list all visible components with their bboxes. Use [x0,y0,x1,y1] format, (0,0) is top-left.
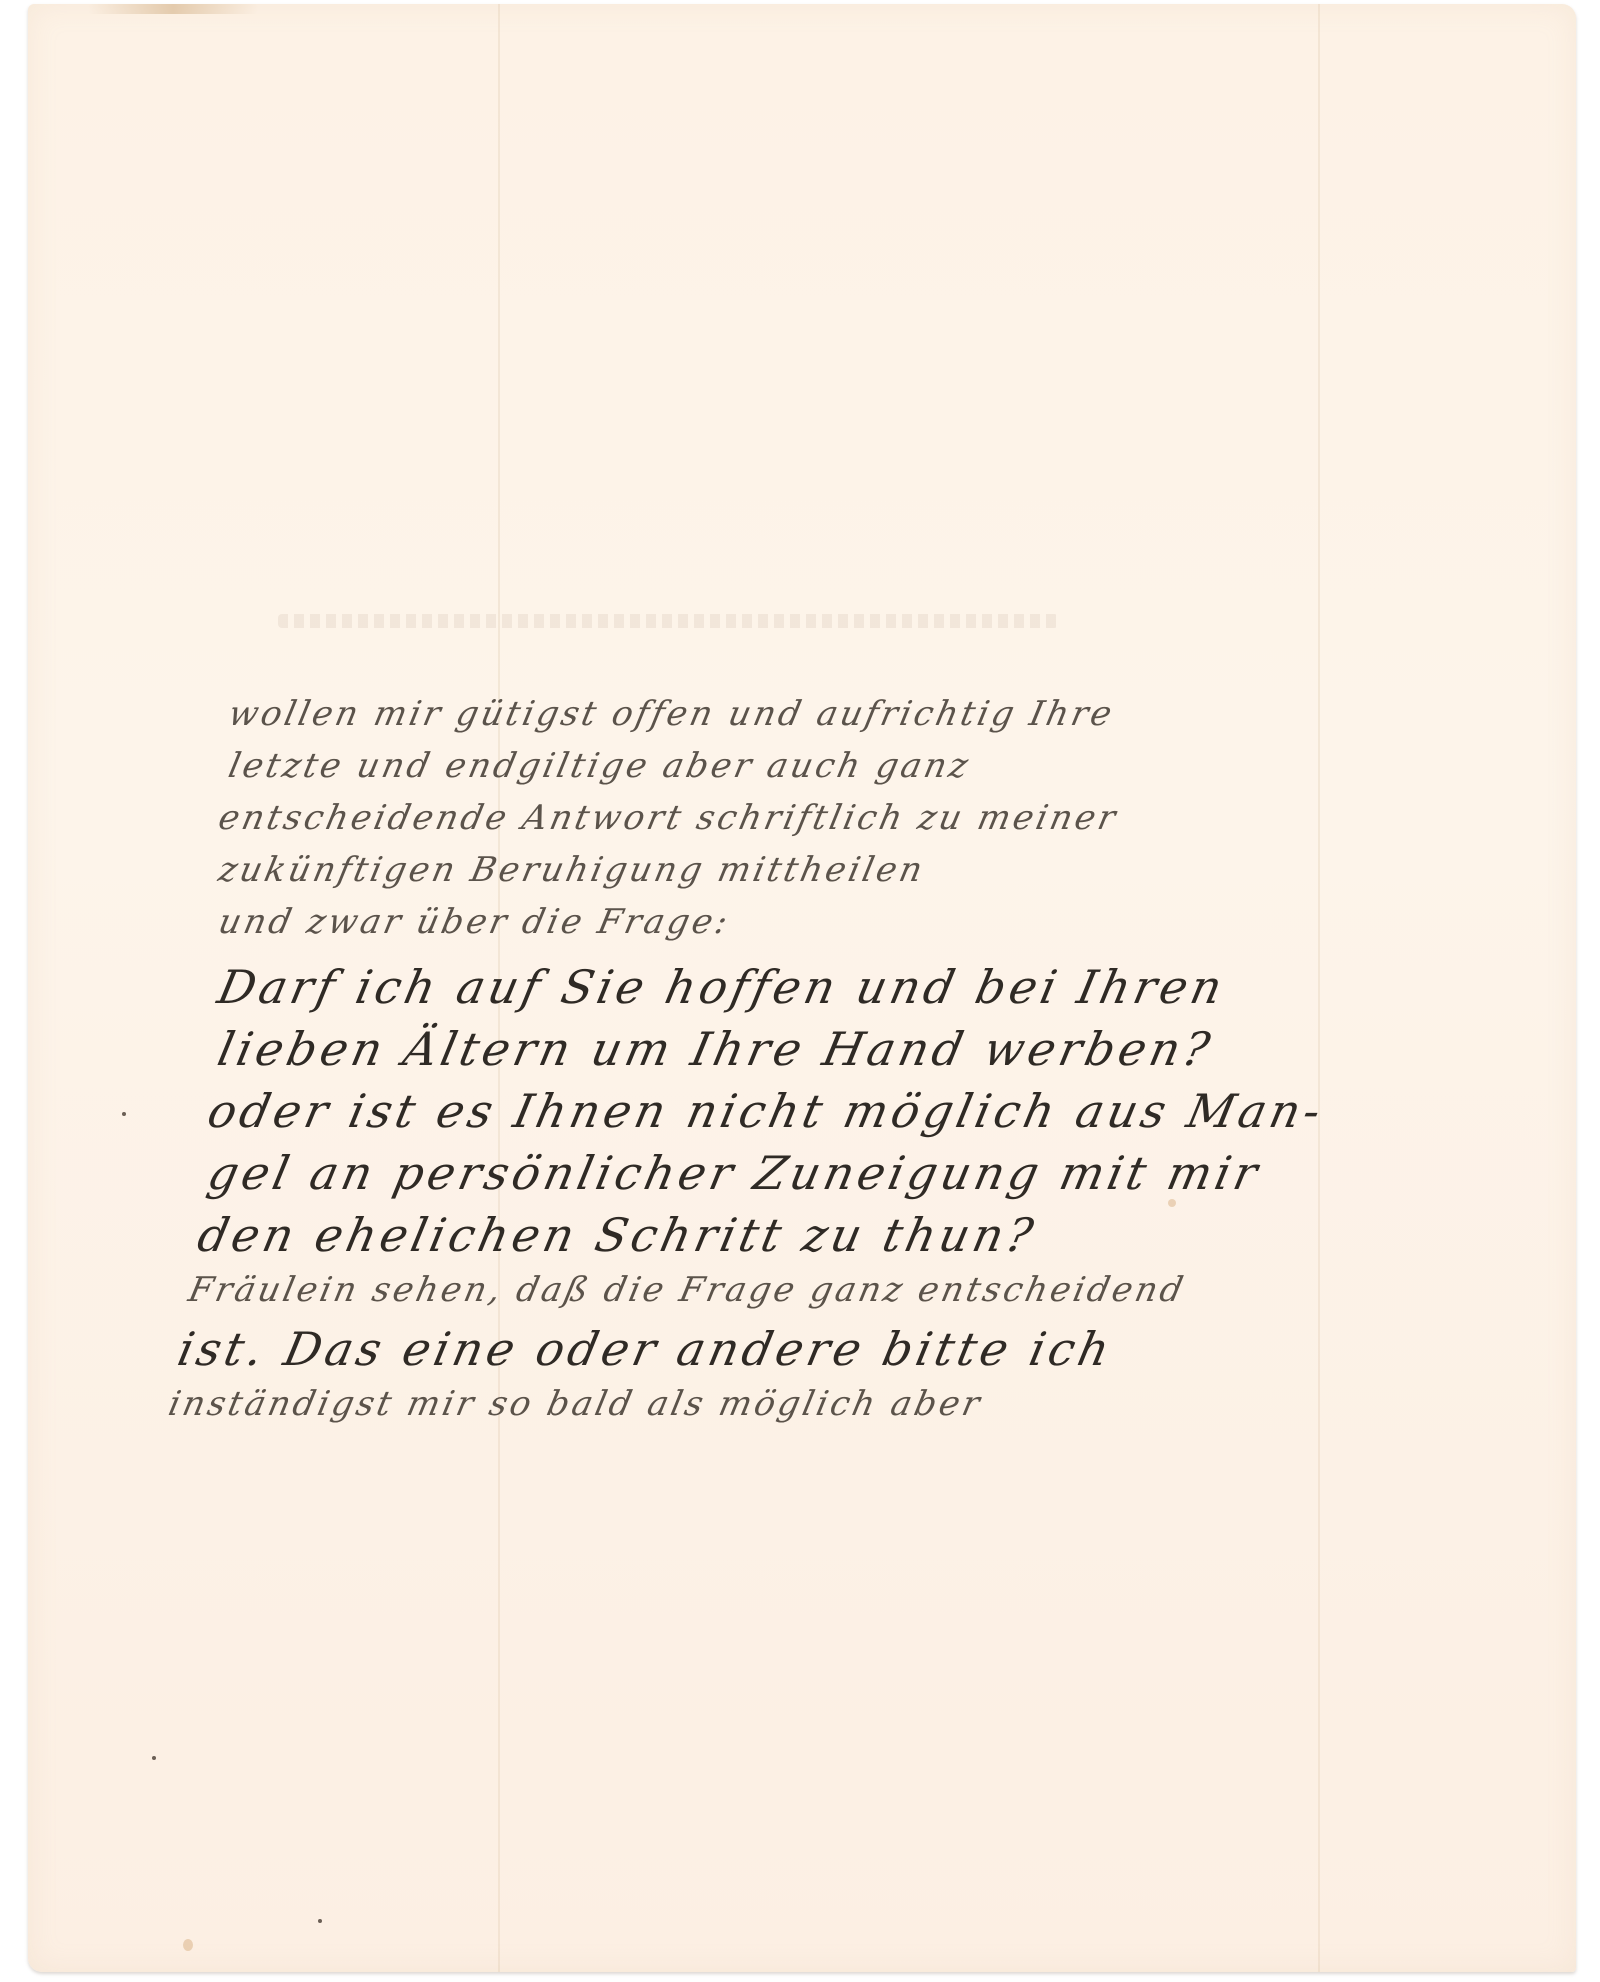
letter-line: gel an persönlicher Zuneigung mit mir [201,1146,1584,1208]
letter-body: wollen mir gütigst offen und aufrichtig … [218,694,1578,1436]
letter-line: entscheidende Antwort schriftlich zu mei… [212,798,1583,850]
letter-page: wollen mir gütigst offen und aufrichtig … [28,4,1576,1972]
letter-line: Darf ich auf Sie hoffen und bei Ihren [211,960,1584,1022]
letter-line: zukünftigen Beruhigung mittheilen [212,850,1583,902]
letter-line: inständigst mir so bald als möglich aber [162,1384,1583,1436]
ink-dot [152,1756,156,1760]
letter-line: lieben Ältern um Ihre Hand werben? [211,1022,1584,1084]
bleed-through-text [278,614,1058,628]
letter-line: oder ist es Ihnen nicht möglich aus Man- [201,1084,1584,1146]
ink-dot [122,1112,126,1116]
letter-line: ist. Das eine oder andere bitte ich [171,1322,1584,1384]
paper-spot [183,1939,193,1951]
ink-dot [318,1919,322,1923]
letter-line: letzte und endgiltige aber auch ganz [222,746,1583,798]
letter-line: Fräulein sehen, daß die Frage ganz entsc… [182,1270,1583,1322]
letter-line: wollen mir gütigst offen und aufrichtig … [222,694,1583,746]
paper-stain [88,4,258,14]
letter-line: den ehelichen Schritt zu thun? [191,1208,1584,1270]
letter-line: und zwar über die Frage: [212,902,1583,954]
